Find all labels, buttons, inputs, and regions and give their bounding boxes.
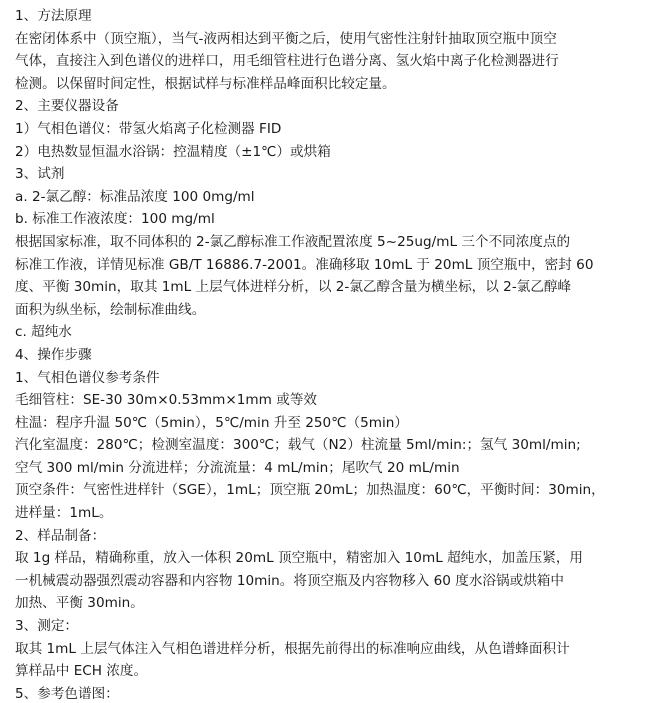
paragraph-line: 气体，直接注入到色谱仪的进样口，用毛细管柱进行色谱分离、氢火焰中离子化检测器进行 [15, 50, 642, 73]
paragraph-line: 度、平衡 30min，取其 1mL 上层气体进样分析，以 2-氯乙醇含量为横坐标… [15, 276, 642, 299]
measurement-line: 取其 1mL 上层气体注入气相色谱进样分析，根据先前得出的标准响应曲线，从色谱蜂… [15, 638, 642, 661]
subsection-measurement-heading: 3、测定： [15, 615, 642, 638]
section-2-heading: 2、主要仪器设备 [15, 95, 642, 118]
subsection-sample-prep-heading: 2、样品制备： [15, 525, 642, 548]
sample-prep-line: 取 1g 样品，精确称重，放入一体积 20mL 顶空瓶中，精密加入 10mL 超… [15, 547, 642, 570]
subsection-gc-conditions-heading: 1、气相色谱仪参考条件 [15, 367, 642, 390]
paragraph-line: 面积为纵坐标，绘制标准曲线。 [15, 299, 642, 322]
reagent-item-c: c. 超纯水 [15, 321, 642, 344]
gc-condition-line: 柱温：程序升温 50℃（5min），5℃/min 升至 250℃（5min） [15, 412, 642, 435]
section-1-paragraph: 在密闭体系中（顶空瓶），当气-液两相达到平衡之后，使用气密性注射针抽取顶空瓶中顶… [15, 28, 642, 96]
section-5-heading: 5、参考色谱图： [15, 683, 642, 703]
section-4-heading: 4、操作步骤 [15, 344, 642, 367]
paragraph-line: 在密闭体系中（顶空瓶），当气-液两相达到平衡之后，使用气密性注射针抽取顶空瓶中顶… [15, 28, 642, 51]
section-3-heading: 3、试剂 [15, 163, 642, 186]
section-3-paragraph: 根据国家标准，取不同体积的 2-氯乙醇标准工作液配置浓度 5~25ug/mL 三… [15, 231, 642, 321]
section-1-heading: 1、方法原理 [15, 5, 642, 28]
sample-prep-line: 加热、平衡 30min。 [15, 592, 642, 615]
sample-prep-line: 一机械震动器强烈震动容器和内容物 10min。将顶空瓶及内容物移入 60 度水浴… [15, 570, 642, 593]
paragraph-line: 标准工作液，详情见标准 GB/T 16886.7-2001。准确移取 10mL … [15, 254, 642, 277]
paragraph-line: 检测。以保留时间定性，根据试样与标准样品峰面积比较定量。 [15, 73, 642, 96]
reagent-item-b: b. 标准工作液浓度：100 mg/ml [15, 208, 642, 231]
reagent-item-a: a. 2-氯乙醇：标准品浓度 100 0mg/ml [15, 186, 642, 209]
equipment-item-2: 2）电热数显恒温水浴锅：控温精度（±1℃）或烘箱 [15, 141, 642, 164]
gc-condition-line: 进样量：1mL。 [15, 502, 642, 525]
gc-condition-line: 顶空条件：气密性进样针（SGE），1mL；顶空瓶 20mL；加热温度：60℃，平… [15, 479, 642, 502]
gc-condition-line: 空气 300 ml/min 分流进样；分流流量：4 mL/min；尾吹气 20 … [15, 457, 642, 480]
paragraph-line: 根据国家标准，取不同体积的 2-氯乙醇标准工作液配置浓度 5~25ug/mL 三… [15, 231, 642, 254]
document-body: 1、方法原理 在密闭体系中（顶空瓶），当气-液两相达到平衡之后，使用气密性注射针… [0, 0, 656, 703]
gc-condition-line: 毛细管柱：SE-30 30m×0.53mm×1mm 或等效 [15, 389, 642, 412]
measurement-line: 算样品中 ECH 浓度。 [15, 660, 642, 683]
equipment-item-1: 1）气相色谱仪：带氢火焰离子化检测器 FID [15, 118, 642, 141]
gc-condition-line: 汽化室温度：280℃；检测室温度：300℃；载气（N2）柱流量 5ml/min:… [15, 434, 642, 457]
